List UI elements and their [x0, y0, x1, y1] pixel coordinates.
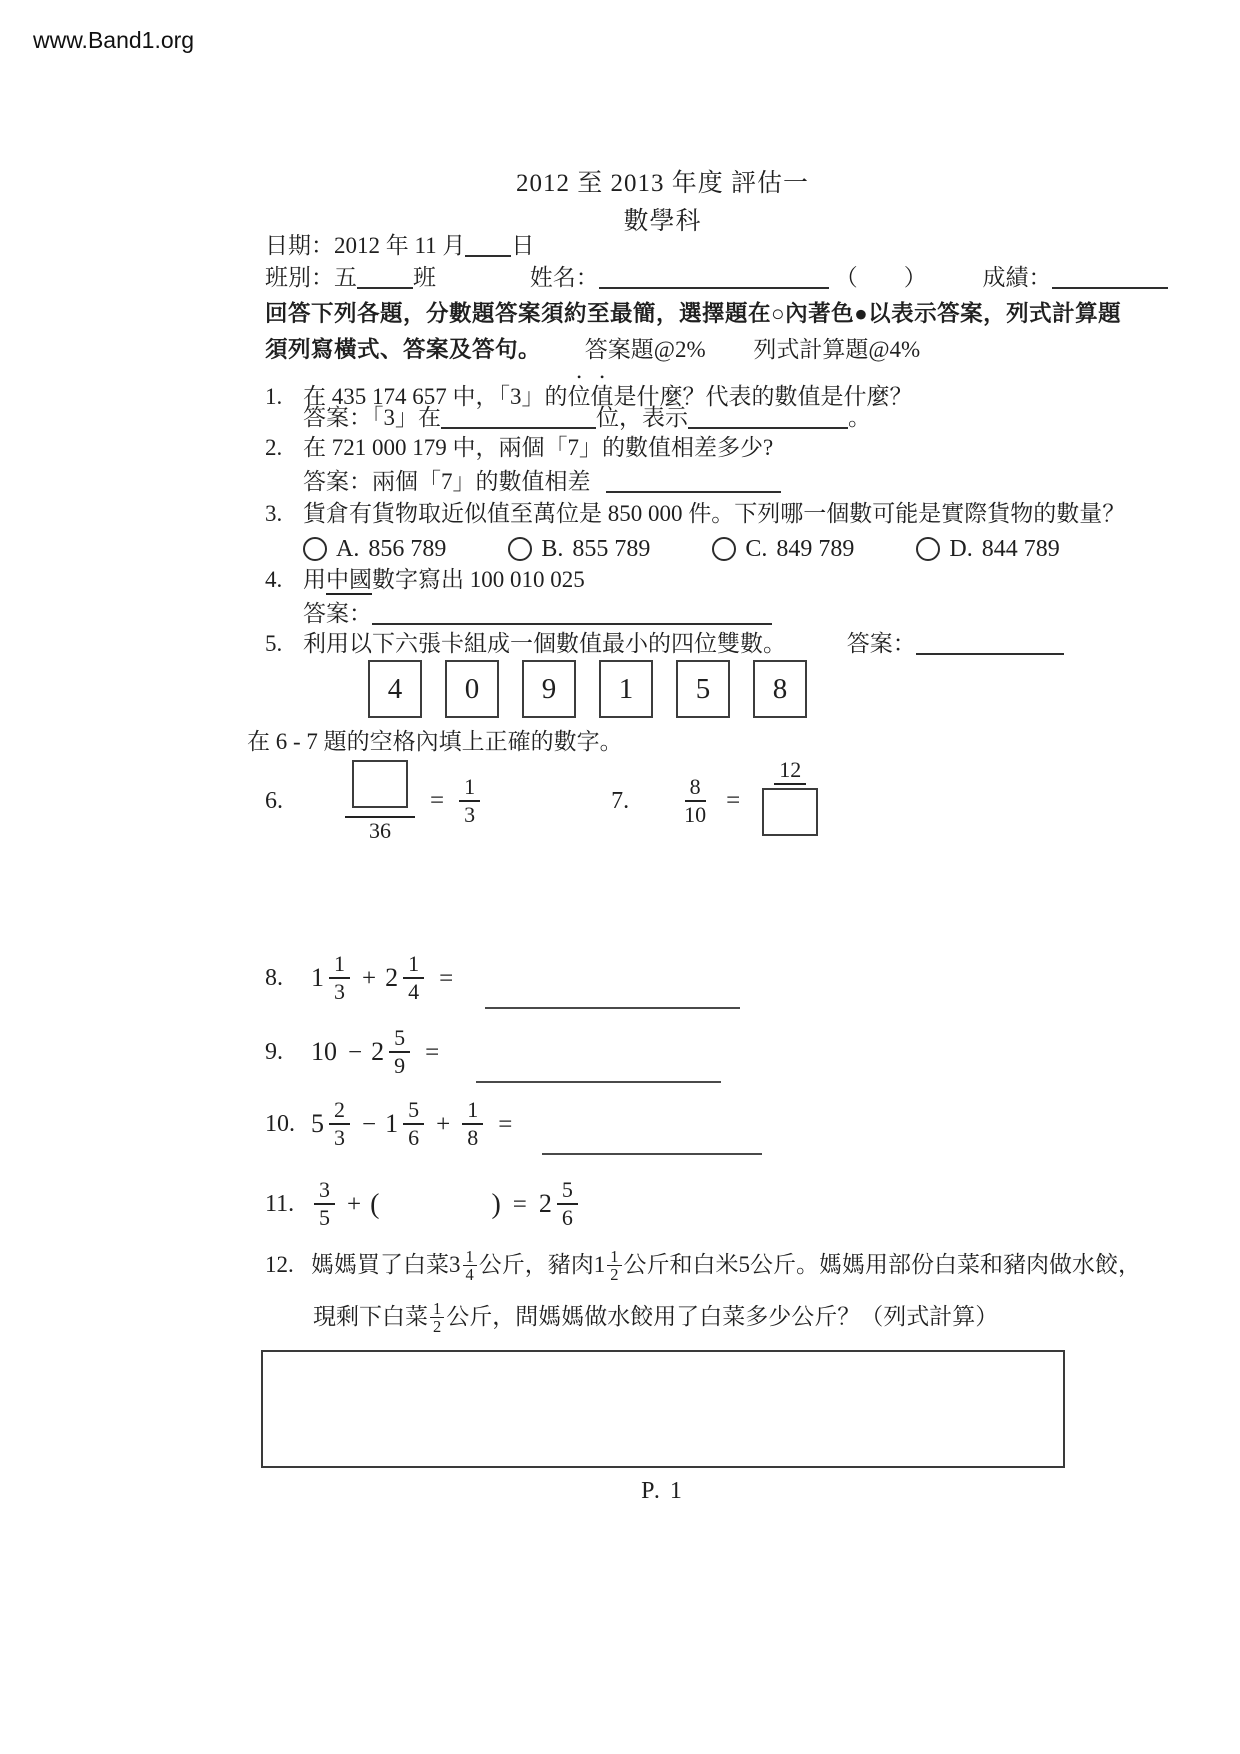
page-number: P. 1 [265, 1476, 1060, 1506]
questions-6-7: 6. 36 = 1 3 7. 8 10 = 12 [265, 758, 828, 843]
q4-number: 4. [265, 566, 303, 595]
q10-num-2: 5 [403, 1098, 424, 1125]
name-blank [599, 287, 829, 289]
q5-blank [916, 653, 1064, 655]
question-2-answer: 答案：兩個「7」的數值相差 [303, 468, 781, 497]
q7-number: 7. [611, 786, 649, 816]
q2-number: 2. [265, 434, 303, 463]
q10-answer-blank [542, 1153, 762, 1155]
radio-circle-c [712, 537, 736, 561]
digit-card-3: 9 [522, 660, 576, 718]
score-blank [1052, 287, 1168, 289]
q4-stem-b: 數字寫出 100 010 025 [372, 567, 585, 592]
q11-fraction-1: 3 5 [314, 1178, 335, 1230]
question-12-line-2: 現剩下白菜 1 2 公斤，問媽媽做水餃用了白菜多少公斤？（列式計算） [313, 1300, 998, 1336]
q8-whole-2: 2 [385, 962, 398, 995]
q5-number: 5. [265, 630, 303, 659]
q10-whole-1: 5 [311, 1108, 324, 1141]
class-line: 班別：五班 姓名：（ ） 成績： [265, 264, 1168, 293]
date-blank [465, 255, 511, 257]
q8-den-2: 4 [403, 979, 424, 1004]
q9-den: 9 [389, 1053, 410, 1078]
question-12-line-1: 12. 媽媽買了白菜3 1 4 公斤，豬肉1 1 2 公斤和白米5公斤。媽媽用部… [265, 1248, 1141, 1284]
q1-answer-b: 位，表示 [596, 405, 688, 430]
q12-den-2: 2 [607, 1266, 621, 1283]
question-4-answer: 答案： [303, 600, 772, 629]
q9-operator: − [348, 1037, 362, 1068]
question-3-options: A. 856 789 B. 855 789 C. 849 789 D. 844 … [303, 534, 1060, 564]
q12-text-2a: 現剩下白菜 [313, 1303, 428, 1332]
q5-answer-label: 答案： [847, 631, 916, 656]
q11-whole: 2 [539, 1188, 552, 1221]
q6-number: 6. [265, 786, 303, 816]
q12-text-1b: 公斤，豬肉1 [479, 1251, 606, 1280]
q8-num-2: 1 [403, 952, 424, 979]
q11-number: 11. [265, 1189, 311, 1219]
class-unit: 班 [413, 265, 436, 290]
q1-blank-2 [688, 427, 848, 429]
q12-num-2: 1 [607, 1248, 621, 1266]
question-8: 8. 1 1 3 + 2 1 4 = [265, 952, 740, 1004]
q6-equals: = [430, 785, 444, 816]
q11-den-2: 6 [557, 1205, 578, 1230]
q8-operator: + [362, 963, 376, 994]
question-11: 11. 3 5 + ( ) = 2 5 6 [265, 1178, 581, 1230]
q10-den-2: 6 [403, 1125, 424, 1150]
q7-left-denominator: 10 [679, 802, 711, 827]
q5-stem: 利用以下六張卡組成一個數值最小的四位雙數。 [303, 631, 786, 656]
exam-content: 2012 至 2013 年度 評估一 數學科 日期：2012 年 11 月日 班… [265, 160, 1060, 1720]
q10-num-3: 1 [462, 1098, 483, 1125]
q7-equals: = [726, 785, 740, 816]
q6-right-numerator: 1 [459, 775, 480, 802]
radio-circle-d [916, 537, 940, 561]
q1-blank-1 [441, 427, 596, 429]
name-paren: （ ） [835, 265, 927, 290]
q3-option-a-label: A. [336, 534, 359, 564]
q3-option-a: A. 856 789 [303, 534, 446, 564]
q7-right-numerator: 12 [774, 758, 806, 785]
q3-option-b-value: 855 789 [572, 534, 650, 564]
q7-left-fraction: 8 10 [679, 775, 711, 827]
q8-fraction-2: 1 4 [403, 952, 424, 1004]
digit-cards: 4 0 9 1 5 8 [368, 660, 807, 718]
q3-stem: 貨倉有貨物取近似值至萬位是 850 000 件。下列哪一個數可能是實際貨物的數量… [303, 501, 1125, 526]
q12-text-1a: 媽媽買了白菜3 [311, 1251, 461, 1280]
q3-option-c: C. 849 789 [712, 534, 854, 564]
q12-den-3: 2 [430, 1318, 444, 1335]
q7-fill-box [762, 788, 818, 836]
q3-option-b-label: B. [541, 534, 563, 564]
q7-left-numerator: 8 [685, 775, 706, 802]
q12-fraction-2: 1 2 [607, 1248, 621, 1284]
q10-number: 10. [265, 1109, 311, 1139]
q4-stem-a: 用 [303, 567, 326, 592]
q10-equals: = [498, 1109, 512, 1140]
q12-fraction-1: 1 4 [463, 1248, 477, 1284]
q11-den-1: 5 [314, 1205, 335, 1230]
question-3: 3.貨倉有貨物取近似值至萬位是 850 000 件。下列哪一個數可能是實際貨物的… [265, 500, 1125, 529]
q3-option-c-label: C. [745, 534, 767, 564]
q8-fraction-1: 1 3 [329, 952, 350, 1004]
q9-answer-blank [476, 1081, 721, 1083]
digit-card-6: 8 [753, 660, 807, 718]
q12-fraction-3: 1 2 [430, 1300, 444, 1336]
class-label: 班別：五 [265, 265, 357, 290]
q9-number: 9. [265, 1037, 311, 1067]
q10-operator-1: − [362, 1109, 376, 1140]
q12-text-2b: 公斤，問媽媽做水餃用了白菜多少公斤？（列式計算） [446, 1303, 998, 1332]
q11-fraction-2: 5 6 [557, 1178, 578, 1230]
q11-operator: + [347, 1189, 361, 1220]
watermark: www.Band1.org [33, 27, 194, 54]
q12-number: 12. [265, 1251, 311, 1280]
date-line: 日期：2012 年 11 月日 [265, 232, 534, 261]
q8-answer-blank [485, 1007, 740, 1009]
class-blank [357, 287, 413, 289]
q1-answer-a: 答案：「3」在 [303, 405, 441, 430]
digit-card-1: 4 [368, 660, 422, 718]
q4-stem-underlined: 中國 [326, 567, 372, 595]
digit-card-5: 5 [676, 660, 730, 718]
q10-den-3: 8 [462, 1125, 483, 1150]
q2-blank [606, 491, 781, 493]
q8-den-1: 3 [329, 979, 350, 1004]
question-2: 2.在 721 000 179 中，兩個「7」的數值相差多少? [265, 434, 773, 463]
name-label: 姓名： [530, 265, 599, 290]
q3-option-d-value: 844 789 [982, 534, 1060, 564]
q10-operator-2: + [436, 1109, 450, 1140]
question-9: 9. 10 − 2 5 9 = [265, 1026, 721, 1078]
q9-equals: = [425, 1037, 439, 1068]
date-label: 日期：2012 年 11 月 [265, 233, 465, 258]
q11-num-2: 5 [557, 1178, 578, 1205]
q10-whole-2: 1 [385, 1108, 398, 1141]
q8-num-1: 1 [329, 952, 350, 979]
question-10: 10. 5 2 3 − 1 5 6 + 1 8 = [265, 1098, 762, 1150]
question-5: 5.利用以下六張卡組成一個數值最小的四位雙數。 答案： [265, 630, 1064, 659]
q12-num-3: 1 [430, 1300, 444, 1318]
q12-num-1: 1 [463, 1248, 477, 1266]
q11-open-paren: ( [370, 1187, 379, 1222]
score-label: 成績： [983, 265, 1052, 290]
q10-den-1: 3 [329, 1125, 350, 1150]
q9-fraction: 5 9 [389, 1026, 410, 1078]
digit-card-4: 1 [599, 660, 653, 718]
q6-right-fraction: 1 3 [459, 775, 480, 827]
digit-card-2: 0 [445, 660, 499, 718]
q1-answer-c: 。 [848, 405, 871, 430]
instructions-line-2: 須列寫橫式、答案及答句。 答案題@2% 列式計算題@4% [265, 336, 920, 365]
marks-working: 列式計算題@4% [753, 337, 920, 362]
q6-left-fraction: 36 [345, 758, 415, 843]
q2-answer-label: 答案：兩個「7」的數值相差 [303, 469, 591, 494]
q7-fill-box-wrap [755, 785, 825, 843]
date-unit: 日 [511, 233, 534, 258]
q3-option-d: D. 844 789 [916, 534, 1059, 564]
q12-text-1c: 公斤和白米5公斤。媽媽用部份白菜和豬肉做水餃， [624, 1251, 1142, 1280]
q1-number: 1. [265, 383, 303, 412]
q11-close-paren: ) [491, 1187, 500, 1222]
q10-fraction-2: 5 6 [403, 1098, 424, 1150]
q4-blank [372, 623, 772, 625]
exam-page: www.Band1.org 2012 至 2013 年度 評估一 數學科 日期：… [0, 0, 1240, 1754]
radio-circle-b [508, 537, 532, 561]
q3-option-d-label: D. [949, 534, 972, 564]
q11-num-1: 3 [314, 1178, 335, 1205]
q4-answer-label: 答案： [303, 601, 372, 626]
q9-num: 5 [389, 1026, 410, 1053]
instructions-line-1: 回答下列各題，分數題答案須約至最簡，選擇題在○內著色●以表示答案，列式計算題 [265, 300, 1121, 328]
q6-fill-box [352, 760, 408, 808]
q8-equals: = [439, 963, 453, 994]
q10-num-1: 2 [329, 1098, 350, 1125]
q12-den-1: 4 [463, 1266, 477, 1283]
q10-fraction-3: 1 8 [462, 1098, 483, 1150]
q8-number: 8. [265, 963, 311, 993]
q9-whole: 2 [371, 1036, 384, 1069]
q11-equals: = [513, 1189, 527, 1220]
q10-fraction-1: 2 3 [329, 1098, 350, 1150]
question-4: 4.用中國數字寫出 100 010 025 [265, 566, 585, 595]
q7-right-fraction: 12 [755, 758, 825, 843]
q9-term-1: 10 [311, 1036, 337, 1069]
q12-working-box [261, 1350, 1065, 1468]
fill-note-6-7: 在 6 - 7 題的空格內填上正確的數字。 [247, 728, 623, 757]
q2-stem: 在 721 000 179 中，兩個「7」的數值相差多少? [303, 435, 773, 460]
radio-circle-a [303, 537, 327, 561]
q3-option-a-value: 856 789 [368, 534, 446, 564]
q6-right-denominator: 3 [459, 802, 480, 827]
q3-number: 3. [265, 500, 303, 529]
exam-title: 2012 至 2013 年度 評估一 [265, 168, 1060, 199]
q8-whole-1: 1 [311, 962, 324, 995]
q6-fill-box-wrap [345, 758, 415, 818]
instructions-line-2-text: 須列寫橫式、答案及答句。 [265, 337, 541, 362]
q3-option-c-value: 849 789 [776, 534, 854, 564]
question-1-answer: 答案：「3」在位，表示。 [303, 404, 871, 433]
q6-denominator: 36 [364, 818, 396, 843]
q3-option-b: B. 855 789 [508, 534, 650, 564]
marks-answer: 答案題@2% [585, 337, 706, 362]
